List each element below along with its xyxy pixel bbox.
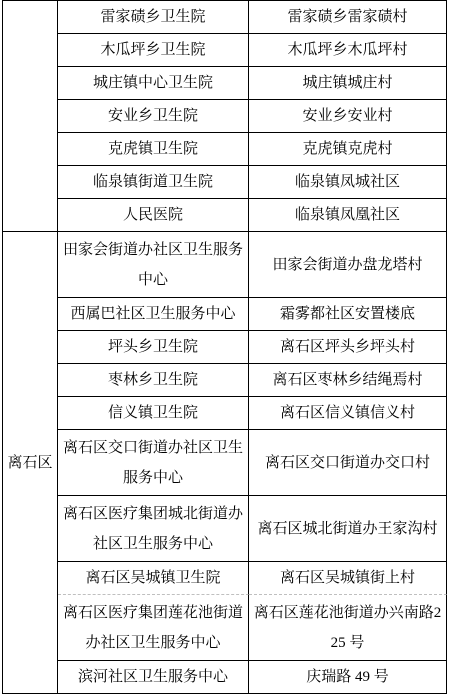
table-row: 人民医院 临泉镇凤凰社区 <box>3 199 447 232</box>
table-row: 克虎镇卫生院 克虎镇克虎村 <box>3 133 447 166</box>
facility-cell: 田家会街道办社区卫生服务中心 <box>58 232 249 298</box>
table-row: 西属巴社区卫生服务中心 霜雾都社区安置楼底 <box>3 298 447 331</box>
facility-cell: 雷家碛乡卫生院 <box>58 1 249 34</box>
location-cell: 安业乡安业村 <box>249 100 447 133</box>
facility-cell: 离石区医疗集团城北街道办社区卫生服务中心 <box>58 496 249 562</box>
location-cell: 临泉镇凤凰社区 <box>249 199 447 232</box>
location-cell: 离石区交口街道办交口村 <box>249 430 447 496</box>
health-centers-table: 雷家碛乡卫生院 雷家碛乡雷家碛村 木瓜坪乡卫生院 木瓜坪乡木瓜坪村 城庄镇中心卫… <box>2 0 447 694</box>
table-row: 临泉镇街道卫生院 临泉镇凤城社区 <box>3 166 447 199</box>
facility-cell: 临泉镇街道卫生院 <box>58 166 249 199</box>
facility-cell: 枣林乡卫生院 <box>58 364 249 397</box>
location-cell: 城庄镇城庄村 <box>249 67 447 100</box>
facility-cell: 西属巴社区卫生服务中心 <box>58 298 249 331</box>
facility-cell: 离石区吴城镇卫生院 <box>58 562 249 595</box>
facility-cell: 城庄镇中心卫生院 <box>58 67 249 100</box>
location-cell: 田家会街道办盘龙塔村 <box>249 232 447 298</box>
table-row: 离石区交口街道办社区卫生服务中心 离石区交口街道办交口村 <box>3 430 447 496</box>
table-row: 滨河社区卫生服务中心 庆瑞路 49 号 <box>3 661 447 694</box>
location-cell: 克虎镇克虎村 <box>249 133 447 166</box>
table-row: 坪头乡卫生院 离石区坪头乡坪头村 <box>3 331 447 364</box>
location-cell: 雷家碛乡雷家碛村 <box>249 1 447 34</box>
location-cell: 离石区枣林乡结绳焉村 <box>249 364 447 397</box>
location-cell: 霜雾都社区安置楼底 <box>249 298 447 331</box>
location-cell: 离石区信义镇信义村 <box>249 397 447 430</box>
facility-cell: 离石区交口街道办社区卫生服务中心 <box>58 430 249 496</box>
facility-cell: 信义镇卫生院 <box>58 397 249 430</box>
location-cell: 离石区城北街道办王家沟村 <box>249 496 447 562</box>
location-cell: 离石区坪头乡坪头村 <box>249 331 447 364</box>
facility-cell: 滨河社区卫生服务中心 <box>58 661 249 694</box>
table-row: 城庄镇中心卫生院 城庄镇城庄村 <box>3 67 447 100</box>
facility-cell: 克虎镇卫生院 <box>58 133 249 166</box>
region-cell <box>3 1 58 232</box>
table-row: 雷家碛乡卫生院 雷家碛乡雷家碛村 <box>3 1 447 34</box>
region-cell: 离石区 <box>3 232 58 694</box>
table-row: 枣林乡卫生院 离石区枣林乡结绳焉村 <box>3 364 447 397</box>
table-row: 木瓜坪乡卫生院 木瓜坪乡木瓜坪村 <box>3 34 447 67</box>
location-cell: 木瓜坪乡木瓜坪村 <box>249 34 447 67</box>
table-row: 信义镇卫生院 离石区信义镇信义村 <box>3 397 447 430</box>
table-row: 安业乡卫生院 安业乡安业村 <box>3 100 447 133</box>
facility-cell: 坪头乡卫生院 <box>58 331 249 364</box>
location-cell: 庆瑞路 49 号 <box>249 661 447 694</box>
table-row: 离石区医疗集团莲花池街道办社区卫生服务中心 离石区莲花池街道办兴南路225 号 <box>3 595 447 661</box>
document-page: 雷家碛乡卫生院 雷家碛乡雷家碛村 木瓜坪乡卫生院 木瓜坪乡木瓜坪村 城庄镇中心卫… <box>0 0 449 696</box>
facility-cell: 木瓜坪乡卫生院 <box>58 34 249 67</box>
table-row: 离石区 田家会街道办社区卫生服务中心 田家会街道办盘龙塔村 <box>3 232 447 298</box>
location-cell: 离石区莲花池街道办兴南路225 号 <box>249 595 447 661</box>
table-row: 离石区吴城镇卫生院 离石区吴城镇街上村 <box>3 562 447 595</box>
facility-cell: 人民医院 <box>58 199 249 232</box>
facility-cell: 安业乡卫生院 <box>58 100 249 133</box>
facility-cell: 离石区医疗集团莲花池街道办社区卫生服务中心 <box>58 595 249 661</box>
location-cell: 临泉镇凤城社区 <box>249 166 447 199</box>
location-cell: 离石区吴城镇街上村 <box>249 562 447 595</box>
table-row: 离石区医疗集团城北街道办社区卫生服务中心 离石区城北街道办王家沟村 <box>3 496 447 562</box>
